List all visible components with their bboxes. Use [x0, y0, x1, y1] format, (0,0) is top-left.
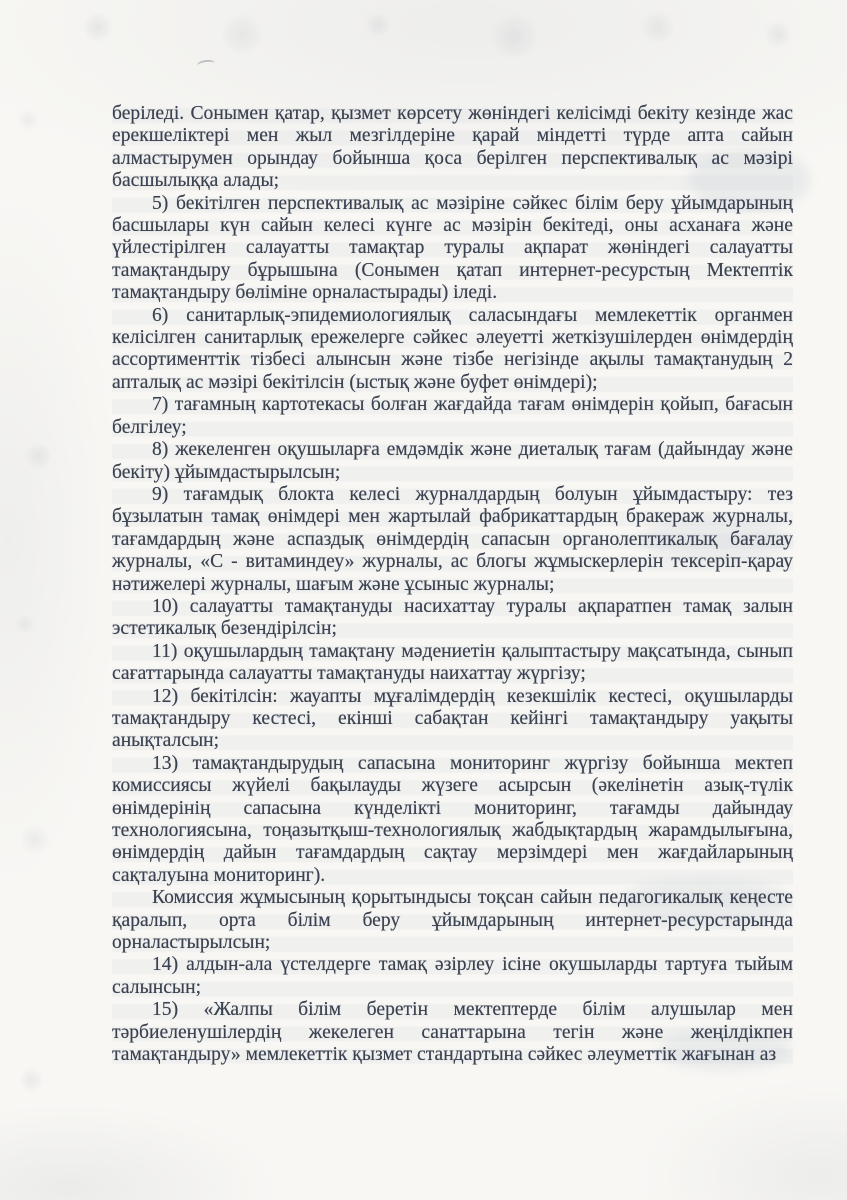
scan-noise-top: [18, 8, 818, 56]
paragraph-item-12: 12) бекітілсін: жауапты мұғалімдердің ке…: [112, 686, 793, 753]
scan-speck-mark: [196, 59, 215, 70]
paragraph-continuation: беріледі. Сонымен қатар, қызмет көрсету …: [112, 103, 793, 193]
paragraph-item-13: 13) тамақтандырудың сапасына мониторинг …: [112, 753, 793, 887]
paragraph-item-11: 11) оқушылардың тамақтану мәдениетін қал…: [112, 641, 793, 686]
paragraph-item-5: 5) бекітілген перспективалық ас мәзіріне…: [112, 193, 793, 305]
document-text-block: беріледі. Сонымен қатар, қызмет көрсету …: [112, 103, 793, 1066]
paragraph-item-8: 8) жекеленген оқушыларға емдәмдік және д…: [112, 439, 793, 484]
paragraph-item-10: 10) салауатты тамақтануды насихаттау тур…: [112, 596, 793, 641]
paragraph-commission: Комиссия жұмысының қорытындысы тоқсан са…: [112, 887, 793, 954]
paragraph-item-14: 14) алдын-ала үстелдерге тамақ әзірлеу і…: [112, 954, 793, 999]
paragraph-item-9: 9) тағамдық блокта келесі журналдардың б…: [112, 484, 793, 596]
paragraph-item-15: 15) «Жалпы білім беретін мектептерде біл…: [112, 999, 793, 1066]
scan-noise-left: [0, 0, 70, 1200]
paragraph-item-7: 7) тағамның картотекасы болған жағдайда …: [112, 394, 793, 439]
scanned-document-page: беріледі. Сонымен қатар, қызмет көрсету …: [0, 0, 847, 1200]
paragraph-item-6: 6) санитарлық-эпидемиологиялық саласында…: [112, 305, 793, 395]
